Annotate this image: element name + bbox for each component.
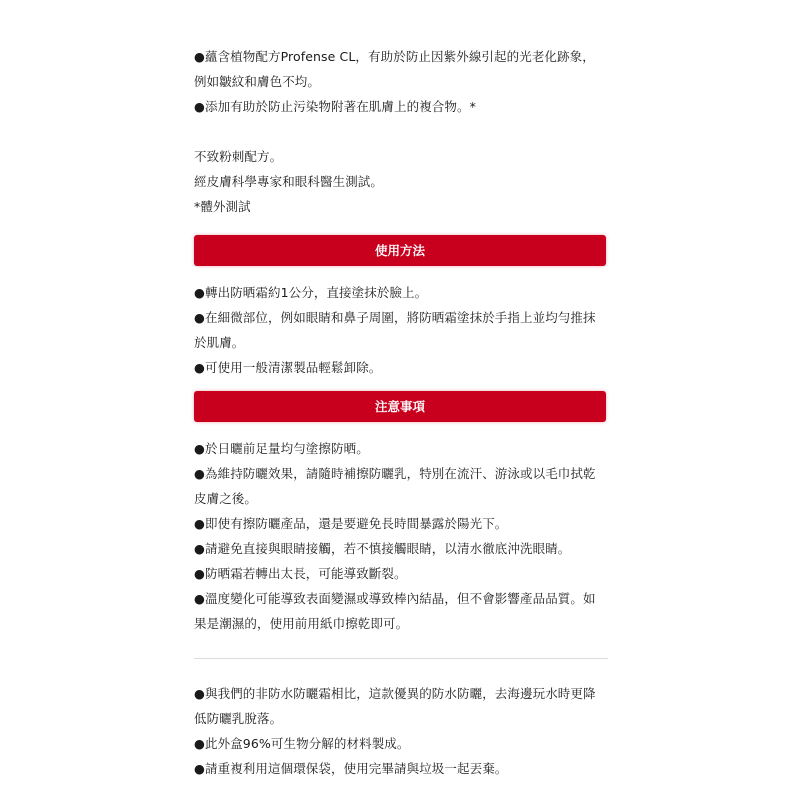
feature-line: ●添加有助於防止污染物附著在肌膚上的複合物。* — [194, 94, 608, 119]
extra-line: ●此外盒96%可生物分解的材料製成。 — [194, 731, 608, 756]
cautions-section-header: 注意事項 — [194, 391, 606, 422]
usage-line: ●轉出防晒霜約1公分，直接塗抹於臉上。 — [194, 280, 608, 305]
caution-line: ●防晒霜若轉出太長，可能導致斷裂。 — [194, 561, 608, 586]
extra-line: 低防曬乳脫落。 — [194, 706, 608, 731]
cautions-section: ●於日曬前足量均勻塗擦防晒。 ●為維持防曬效果，請隨時補擦防曬乳，特別在流汗、游… — [194, 436, 608, 636]
feature-line: ●蘊含植物配方Profense CL，有助於防止因紫外線引起的光老化跡象， — [194, 44, 608, 69]
caution-line: 果是潮濕的，使用前用紙巾擦乾即可。 — [194, 611, 608, 636]
note-line: 經皮膚科學專家和眼科醫生測試。 — [194, 169, 608, 194]
spacer — [194, 119, 608, 144]
intro-section: ●蘊含植物配方Profense CL，有助於防止因紫外線引起的光老化跡象， 例如… — [194, 44, 608, 219]
usage-section: ●轉出防晒霜約1公分，直接塗抹於臉上。 ●在細微部位，例如眼睛和鼻子周圍，將防晒… — [194, 280, 608, 380]
caution-line: ●於日曬前足量均勻塗擦防晒。 — [194, 436, 608, 461]
caution-line: ●即使有擦防曬產品，還是要避免長時間暴露於陽光下。 — [194, 511, 608, 536]
extra-line: ●與我們的非防水防曬霜相比，這款優異的防水防曬，去海邊玩水時更降 — [194, 681, 608, 706]
caution-line: 皮膚之後。 — [194, 486, 608, 511]
extra-section: ●與我們的非防水防曬霜相比，這款優異的防水防曬，去海邊玩水時更降 低防曬乳脫落。… — [194, 681, 608, 781]
note-line: *體外測試 — [194, 194, 608, 219]
usage-line: 於肌膚。 — [194, 330, 608, 355]
caution-line: ●請避免直接與眼睛接觸，若不慎接觸眼睛，以清水徹底沖洗眼睛。 — [194, 536, 608, 561]
note-line: 不致粉刺配方。 — [194, 144, 608, 169]
feature-line: 例如皺紋和膚色不均。 — [194, 69, 608, 94]
caution-line: ●為維持防曬效果，請隨時補擦防曬乳，特別在流汗、游泳或以毛巾拭乾 — [194, 461, 608, 486]
extra-line: ●請重複利用這個環保袋，使用完畢請與垃圾一起丟棄。 — [194, 756, 608, 781]
usage-section-header: 使用方法 — [194, 235, 606, 266]
usage-line: ●在細微部位，例如眼睛和鼻子周圍，將防晒霜塗抹於手指上並均勻推抹 — [194, 305, 608, 330]
caution-line: ●溫度變化可能導致表面變濕或導致棒內結晶，但不會影響產品品質。如 — [194, 586, 608, 611]
product-description: ●蘊含植物配方Profense CL，有助於防止因紫外線引起的光老化跡象， 例如… — [194, 44, 608, 781]
usage-line: ●可使用一般清潔製品輕鬆卸除。 — [194, 355, 608, 380]
